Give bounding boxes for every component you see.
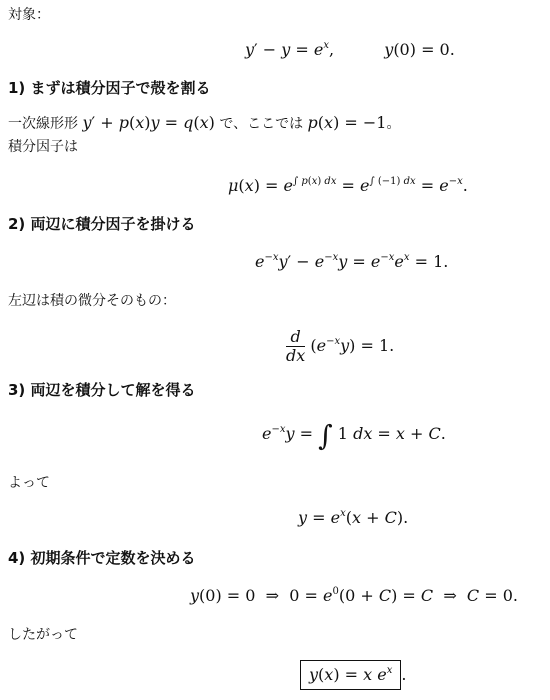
general-solution-equation: y = ex(x + C). xyxy=(298,508,408,528)
target-equation: y′ − y = ex, y(0) = 0. xyxy=(245,40,455,60)
step1-line1-prefix: 一次線形形 xyxy=(8,116,78,132)
step2-heading: 2) 両辺に積分因子を掛ける xyxy=(8,214,196,234)
final-answer: y(x) = x ex. xyxy=(300,660,406,690)
step1-line1: 一次線形形 y′ + p(x)y = q(x) で、ここでは p(x) = −1… xyxy=(8,114,400,133)
initial-condition-equation: y(0) = 0 ⇒ 0 = e0(0 + C) = C ⇒ C = 0. xyxy=(190,586,518,606)
multiplied-equation: e−xy′ − e−xy = e−xex = 1. xyxy=(255,252,448,272)
step2-text: 左辺は積の微分そのもの： xyxy=(8,292,176,310)
intro-label: 対象： xyxy=(8,6,50,24)
step4-text: したがって xyxy=(8,626,78,644)
step4-heading: 4) 初期条件で定数を決める xyxy=(8,548,196,568)
integrating-factor-equation: μ(x) = e∫ p(x) dx = e∫ (−1) dx = e−x. xyxy=(228,176,468,196)
step1-line1-suffix: 。 xyxy=(386,116,400,132)
step3-text: よって xyxy=(8,474,50,492)
step1-line2: 積分因子は xyxy=(8,138,78,156)
step1-line1-middle: で、ここでは xyxy=(219,116,303,132)
boxed-answer: y(x) = x ex xyxy=(300,660,401,690)
step1-heading: 1) まずは積分因子で殻を割る xyxy=(8,78,211,98)
integrated-equation: e−xy = ∫ 1 dx = x + C. xyxy=(262,424,446,446)
product-derivative-equation: ddx (e−xy) = 1. xyxy=(286,328,394,365)
p-value-formula: p(x) = −1 xyxy=(308,113,387,132)
step3-heading: 3) 両辺を積分して解を得る xyxy=(8,380,196,400)
linear-form-formula: y′ + p(x)y = q(x) xyxy=(82,113,214,132)
